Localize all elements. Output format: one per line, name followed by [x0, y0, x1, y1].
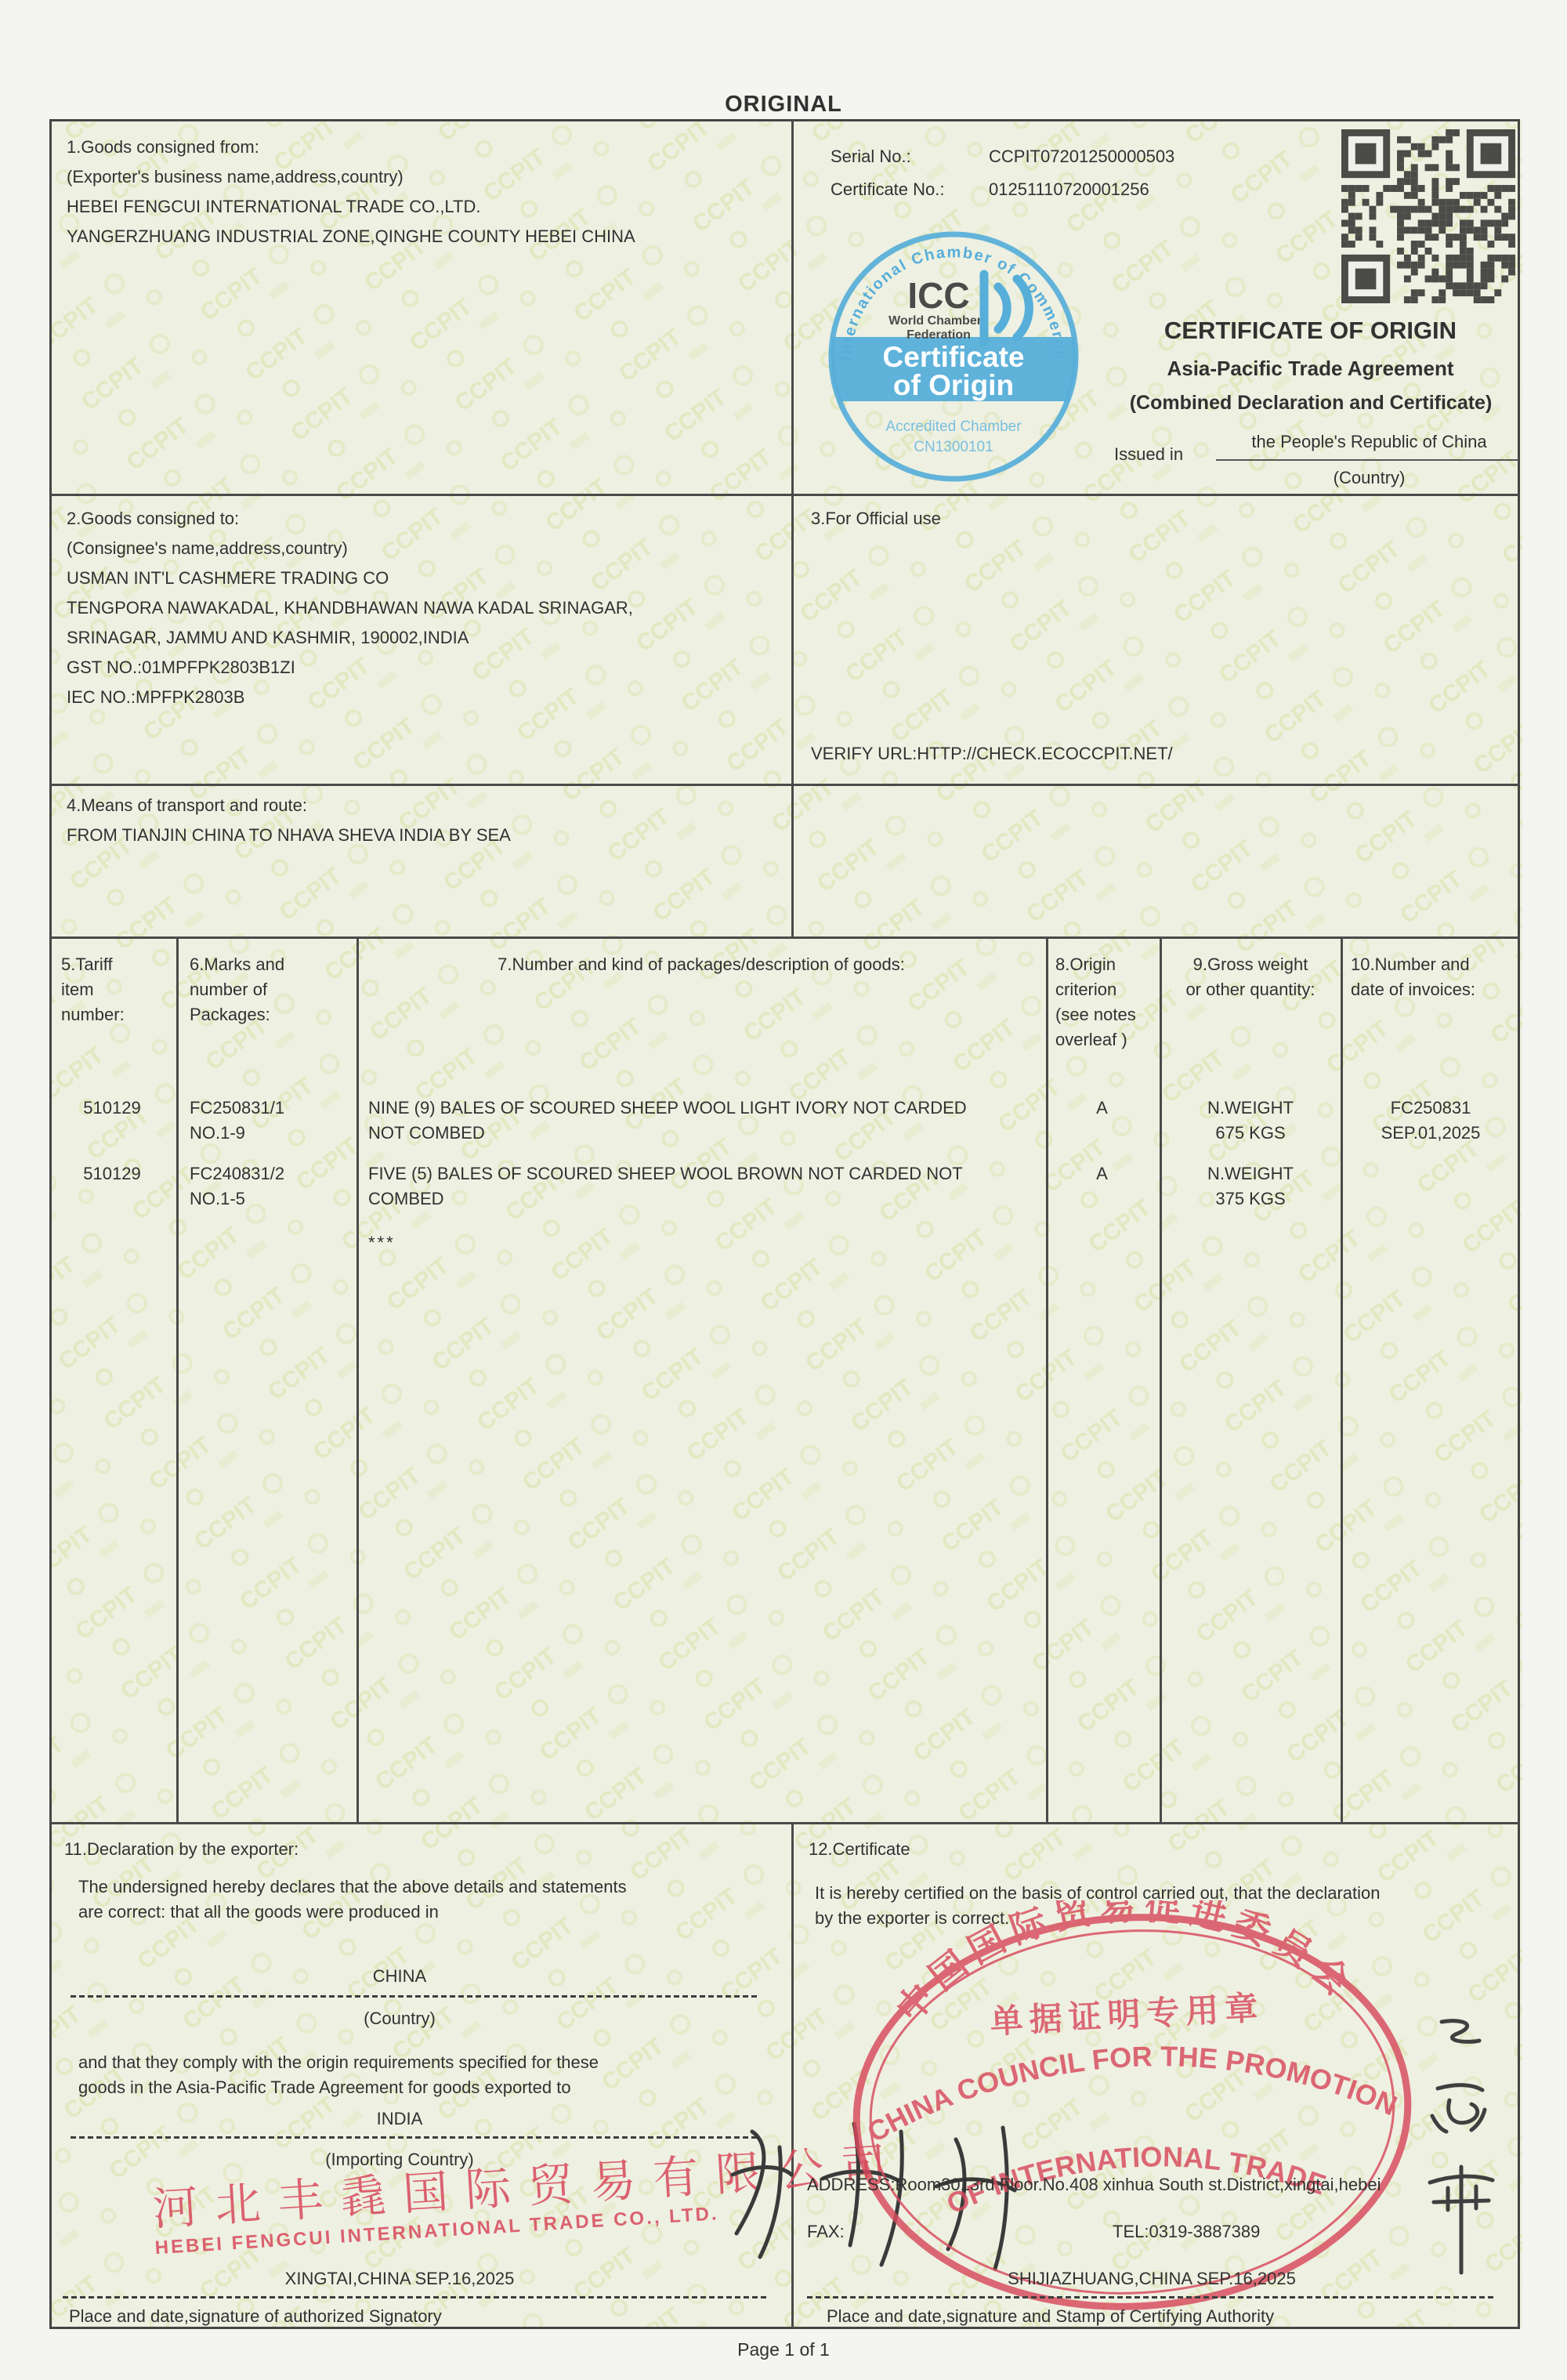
declaration-country-value: CHINA: [78, 1964, 721, 1989]
exporter-name: HEBEI FENGCUI INTERNATIONAL TRADE CO.,LT…: [67, 194, 480, 219]
row1-tariff: 510129: [49, 1096, 175, 1121]
declaration-country-label: (Country): [78, 2006, 721, 2031]
box3-label: 3.For Official use: [811, 506, 941, 531]
dashed-line: [71, 2136, 760, 2139]
grid-line: [791, 119, 794, 939]
certificate-of-origin-document: CCPIT ORIGINAL 1.Goods consigned from: (…: [0, 0, 1567, 2380]
box12-label: 12.Certificate: [809, 1837, 910, 1862]
issued-in-label: Issued in: [1114, 442, 1183, 467]
grid-line: [1046, 936, 1048, 1824]
certificate-title: CERTIFICATE OF ORIGIN: [1097, 313, 1524, 349]
row1-weight: N.WEIGHT 675 KGS: [1163, 1096, 1338, 1146]
verify-url: VERIFY URL:HTTP://CHECK.ECOCCPIT.NET/: [811, 741, 1173, 766]
row2-description: FIVE (5) BALES OF SCOURED SHEEP WOOL BRO…: [368, 1161, 1038, 1212]
col-header-invoice: 10.Number and date of invoices:: [1351, 952, 1517, 1002]
ccpit-stamp-english-line1: CHINA COUNCIL FOR THE PROMOTION: [859, 2027, 1404, 2149]
svg-text:CHINA COUNCIL FOR THE PROMOTIO: CHINA COUNCIL FOR THE PROMOTION: [859, 2027, 1404, 2149]
consignee-address2: SRINAGAR, JAMMU AND KASHMIR, 190002,INDI…: [67, 625, 469, 650]
certificate-subtitle: Asia-Pacific Trade Agreement: [1097, 354, 1524, 384]
grid-line: [1341, 936, 1343, 1824]
importing-country-value: INDIA: [78, 2106, 721, 2132]
row1-invoice: FC250831 SEP.01,2025: [1343, 1096, 1518, 1146]
exporter-address: YANGERZHUANG INDUSTRIAL ZONE,QINGHE COUN…: [67, 224, 635, 249]
badge-band-line1: Certificate: [883, 341, 1025, 373]
grid-line: [356, 936, 359, 1824]
transport-route: FROM TIANJIN CHINA TO NHAVA SHEVA INDIA …: [67, 823, 511, 848]
grid-line: [1160, 936, 1162, 1824]
row2-weight: N.WEIGHT 375 KGS: [1163, 1161, 1338, 1212]
icc-wave-icon: [984, 274, 1029, 342]
col-header-weight: 9.Gross weight or other quantity:: [1163, 952, 1338, 1002]
grid-line: [49, 784, 1520, 786]
ccpit-stamp-inner-chinese: 单据证明专用章: [989, 1989, 1265, 2040]
fax-label: FAX:: [807, 2219, 845, 2244]
box1-sublabel: (Exporter's business name,address,countr…: [67, 165, 404, 190]
row2-marks: FC240831/2 NO.1-5: [190, 1161, 354, 1212]
consignee-iec: IEC NO.:MPFPK2803B: [67, 685, 244, 710]
row1-marks: FC250831/1 NO.1-9: [190, 1096, 354, 1146]
grid-line: [49, 494, 1520, 496]
grid-line: [49, 936, 1520, 939]
certificate-no-value: 01251110720001256: [989, 177, 1149, 202]
issued-country-label: (Country): [1218, 465, 1520, 491]
issued-in-underline: [1216, 459, 1518, 461]
table-end-mark: ***: [368, 1230, 396, 1255]
dashed-line: [807, 2296, 1496, 2298]
page-title: ORIGINAL: [666, 88, 901, 121]
serial-value: CCPIT07201250000503: [989, 144, 1174, 169]
badge-accredited: Accredited Chamber: [885, 418, 1022, 435]
certificate-subtitle2: (Combined Declaration and Certificate): [1095, 389, 1526, 417]
icc-wcf-line1: World Chambers: [888, 314, 989, 328]
badge-number: CN1300101: [914, 439, 993, 455]
box4-label: 4.Means of transport and route:: [67, 793, 307, 818]
box12-place-date: SHIJIAZHUANG,CHINA SEP.16,2025: [831, 2266, 1473, 2291]
box12-caption: Place and date,signature and Stamp of Ce…: [827, 2304, 1274, 2329]
box11-label: 11.Declaration by the exporter:: [64, 1837, 299, 1862]
row1-origin: A: [1046, 1096, 1158, 1121]
consignee-name: USMAN INT'L CASHMERE TRADING CO: [67, 566, 389, 591]
col-header-description: 7.Number and kind of packages/descriptio…: [360, 952, 1042, 977]
grid-line: [49, 1822, 1520, 1824]
box2-label: 2.Goods consigned to:: [67, 506, 239, 531]
row1-description: NINE (9) BALES OF SCOURED SHEEP WOOL LIG…: [368, 1096, 1038, 1146]
authority-address: ADDRESS:Room3013rd Floor.No.408 xinhua S…: [807, 2172, 1512, 2197]
declaration-paragraph1: The undersigned hereby declares that the…: [78, 1875, 768, 1925]
issued-in-value: the People's Republic of China: [1218, 429, 1520, 455]
icc-certificate-badge: International Chamber of Commerce ICC Wo…: [823, 226, 1084, 487]
qr-code: [1341, 129, 1515, 303]
box1-label: 1.Goods consigned from:: [67, 135, 259, 160]
handwritten-signature-authority: [1410, 2014, 1512, 2280]
icc-wcf-line2: Federation: [907, 328, 971, 342]
box11-caption: Place and date,signature of authorized S…: [69, 2304, 442, 2329]
row2-tariff: 510129: [49, 1161, 175, 1186]
tel-value: TEL:0319-3887389: [1113, 2219, 1260, 2244]
page-footer: Page 1 of 1: [627, 2337, 940, 2363]
dashed-line: [71, 1995, 760, 1998]
box2-sublabel: (Consignee's name,address,country): [67, 536, 348, 561]
consignee-address1: TENGPORA NAWAKADAL, KHANDBHAWAN NAWA KAD…: [67, 596, 633, 621]
badge-band-line2: of Origin: [893, 369, 1014, 401]
certificate-no-label: Certificate No.:: [831, 177, 945, 202]
declaration-paragraph2: and that they comply with the origin req…: [78, 2050, 768, 2100]
col-header-marks: 6.Marks and number of Packages:: [190, 952, 350, 1027]
icc-logo-text: ICC: [907, 275, 969, 316]
dashed-line: [63, 2296, 768, 2298]
box11-place-date: XINGTAI,CHINA SEP.16,2025: [78, 2266, 721, 2291]
col-header-origin: 8.Origin criterion (see notes overleaf ): [1055, 952, 1156, 1052]
ccpit-round-stamp: 中国国际贸易促进委员会 单据证明专用章 CHINA COUNCIL FOR TH…: [842, 1900, 1422, 2327]
grid-line: [176, 936, 179, 1824]
col-header-tariff: 5.Tariff item number:: [61, 952, 171, 1027]
serial-label: Serial No.:: [831, 144, 911, 169]
row2-origin: A: [1046, 1161, 1158, 1186]
consignee-gst: GST NO.:01MPFPK2803B1ZI: [67, 655, 295, 680]
